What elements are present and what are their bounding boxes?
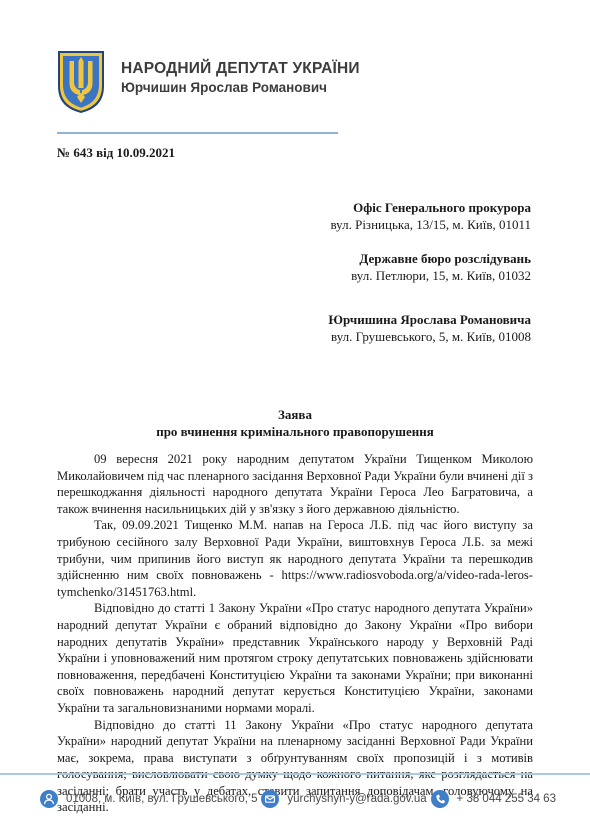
footer-phone: + 38 044 255 34 63 bbox=[431, 790, 556, 808]
recipient-address: вул. Різницька, 13/15, м. Київ, 01011 bbox=[328, 216, 531, 233]
org-block: НАРОДНИЙ ДЕПУТАТ УКРАЇНИ Юрчишин Ярослав… bbox=[121, 50, 360, 97]
footer-email-text: yurchyshyn-y@rada.gov.ua bbox=[287, 793, 426, 805]
recipient-sbi: Державне бюро розслідувань вул. Петлюри,… bbox=[328, 250, 531, 284]
letterhead: НАРОДНИЙ ДЕПУТАТ УКРАЇНИ Юрчишин Ярослав… bbox=[57, 50, 360, 114]
footer-address: 01008, м. Київ, вул. Грушевського, 5 bbox=[40, 790, 258, 808]
recipient-name: Юрчишина Ярослава Романовича bbox=[328, 311, 531, 328]
reference-number: № 643 від 10.09.2021 bbox=[57, 145, 175, 161]
recipient-applicant: Юрчишина Ярослава Романовича вул. Грушев… bbox=[328, 311, 531, 345]
envelope-icon bbox=[261, 790, 279, 808]
footer-email: yurchyshyn-y@rada.gov.ua bbox=[261, 790, 426, 808]
recipient-name: Офіс Генерального прокурора bbox=[328, 199, 531, 216]
recipient-address: вул. Грушевського, 5, м. Київ, 01008 bbox=[328, 328, 531, 345]
header-divider bbox=[57, 132, 338, 134]
document-title: Заява про вчинення кримінального правопо… bbox=[0, 406, 590, 440]
document-body: 09 вересня 2021 року народним депутатом … bbox=[57, 451, 533, 816]
recipients-block: Офіс Генерального прокурора вул. Різниць… bbox=[328, 199, 531, 362]
title-line-1: Заява bbox=[0, 406, 590, 423]
title-line-2: про вчинення кримінального правопорушенн… bbox=[0, 423, 590, 440]
org-title: НАРОДНИЙ ДЕПУТАТ УКРАЇНИ bbox=[121, 60, 360, 79]
recipient-prosecutor: Офіс Генерального прокурора вул. Різниць… bbox=[328, 199, 531, 233]
phone-icon bbox=[431, 790, 449, 808]
footer-address-text: 01008, м. Київ, вул. Грушевського, 5 bbox=[66, 793, 258, 805]
recipient-name: Державне бюро розслідувань bbox=[328, 250, 531, 267]
person-icon bbox=[40, 790, 58, 808]
contact-footer: 01008, м. Київ, вул. Грушевського, 5 yur… bbox=[0, 773, 590, 834]
paragraph-3: Відповідно до статті 1 Закону України «П… bbox=[57, 600, 533, 716]
document-page: НАРОДНИЙ ДЕПУТАТ УКРАЇНИ Юрчишин Ярослав… bbox=[0, 0, 590, 834]
paragraph-2: Так, 09.09.2021 Тищенко М.М. напав на Ге… bbox=[57, 517, 533, 600]
deputy-name: Юрчишин Ярослав Романович bbox=[121, 79, 360, 97]
paragraph-1: 09 вересня 2021 року народним депутатом … bbox=[57, 451, 533, 517]
recipient-address: вул. Петлюри, 15, м. Київ, 01032 bbox=[328, 267, 531, 284]
footer-phone-text: + 38 044 255 34 63 bbox=[457, 793, 556, 805]
ukraine-trident-shield-icon bbox=[57, 50, 105, 114]
